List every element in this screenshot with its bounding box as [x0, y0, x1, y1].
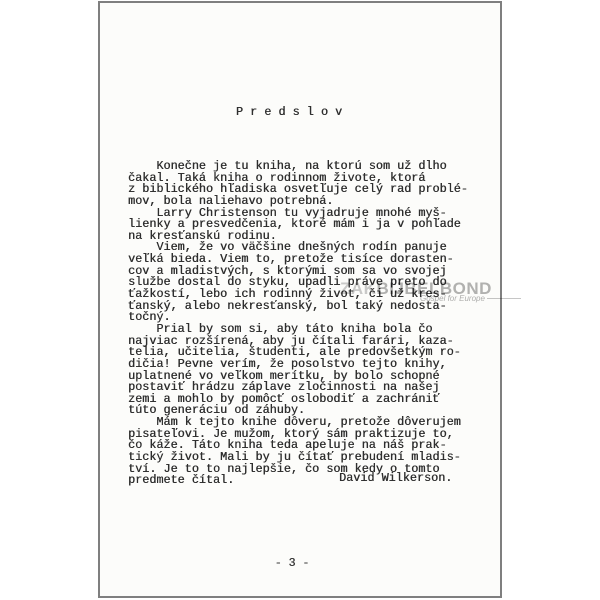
text-line: ťanský, alebo nekresťanský, bol taký ned… — [128, 301, 468, 313]
page-number: - 3 - — [92, 557, 492, 570]
author-signature: David Wilkerson. — [339, 471, 452, 485]
preface-body-text: Konečne je tu kniha, na ktorú som už dlh… — [128, 126, 468, 487]
chapter-title: P r e d s l o v — [89, 105, 489, 119]
scanned-book-page: P r e d s l o v Konečne je tu kniha, na … — [98, 1, 502, 598]
